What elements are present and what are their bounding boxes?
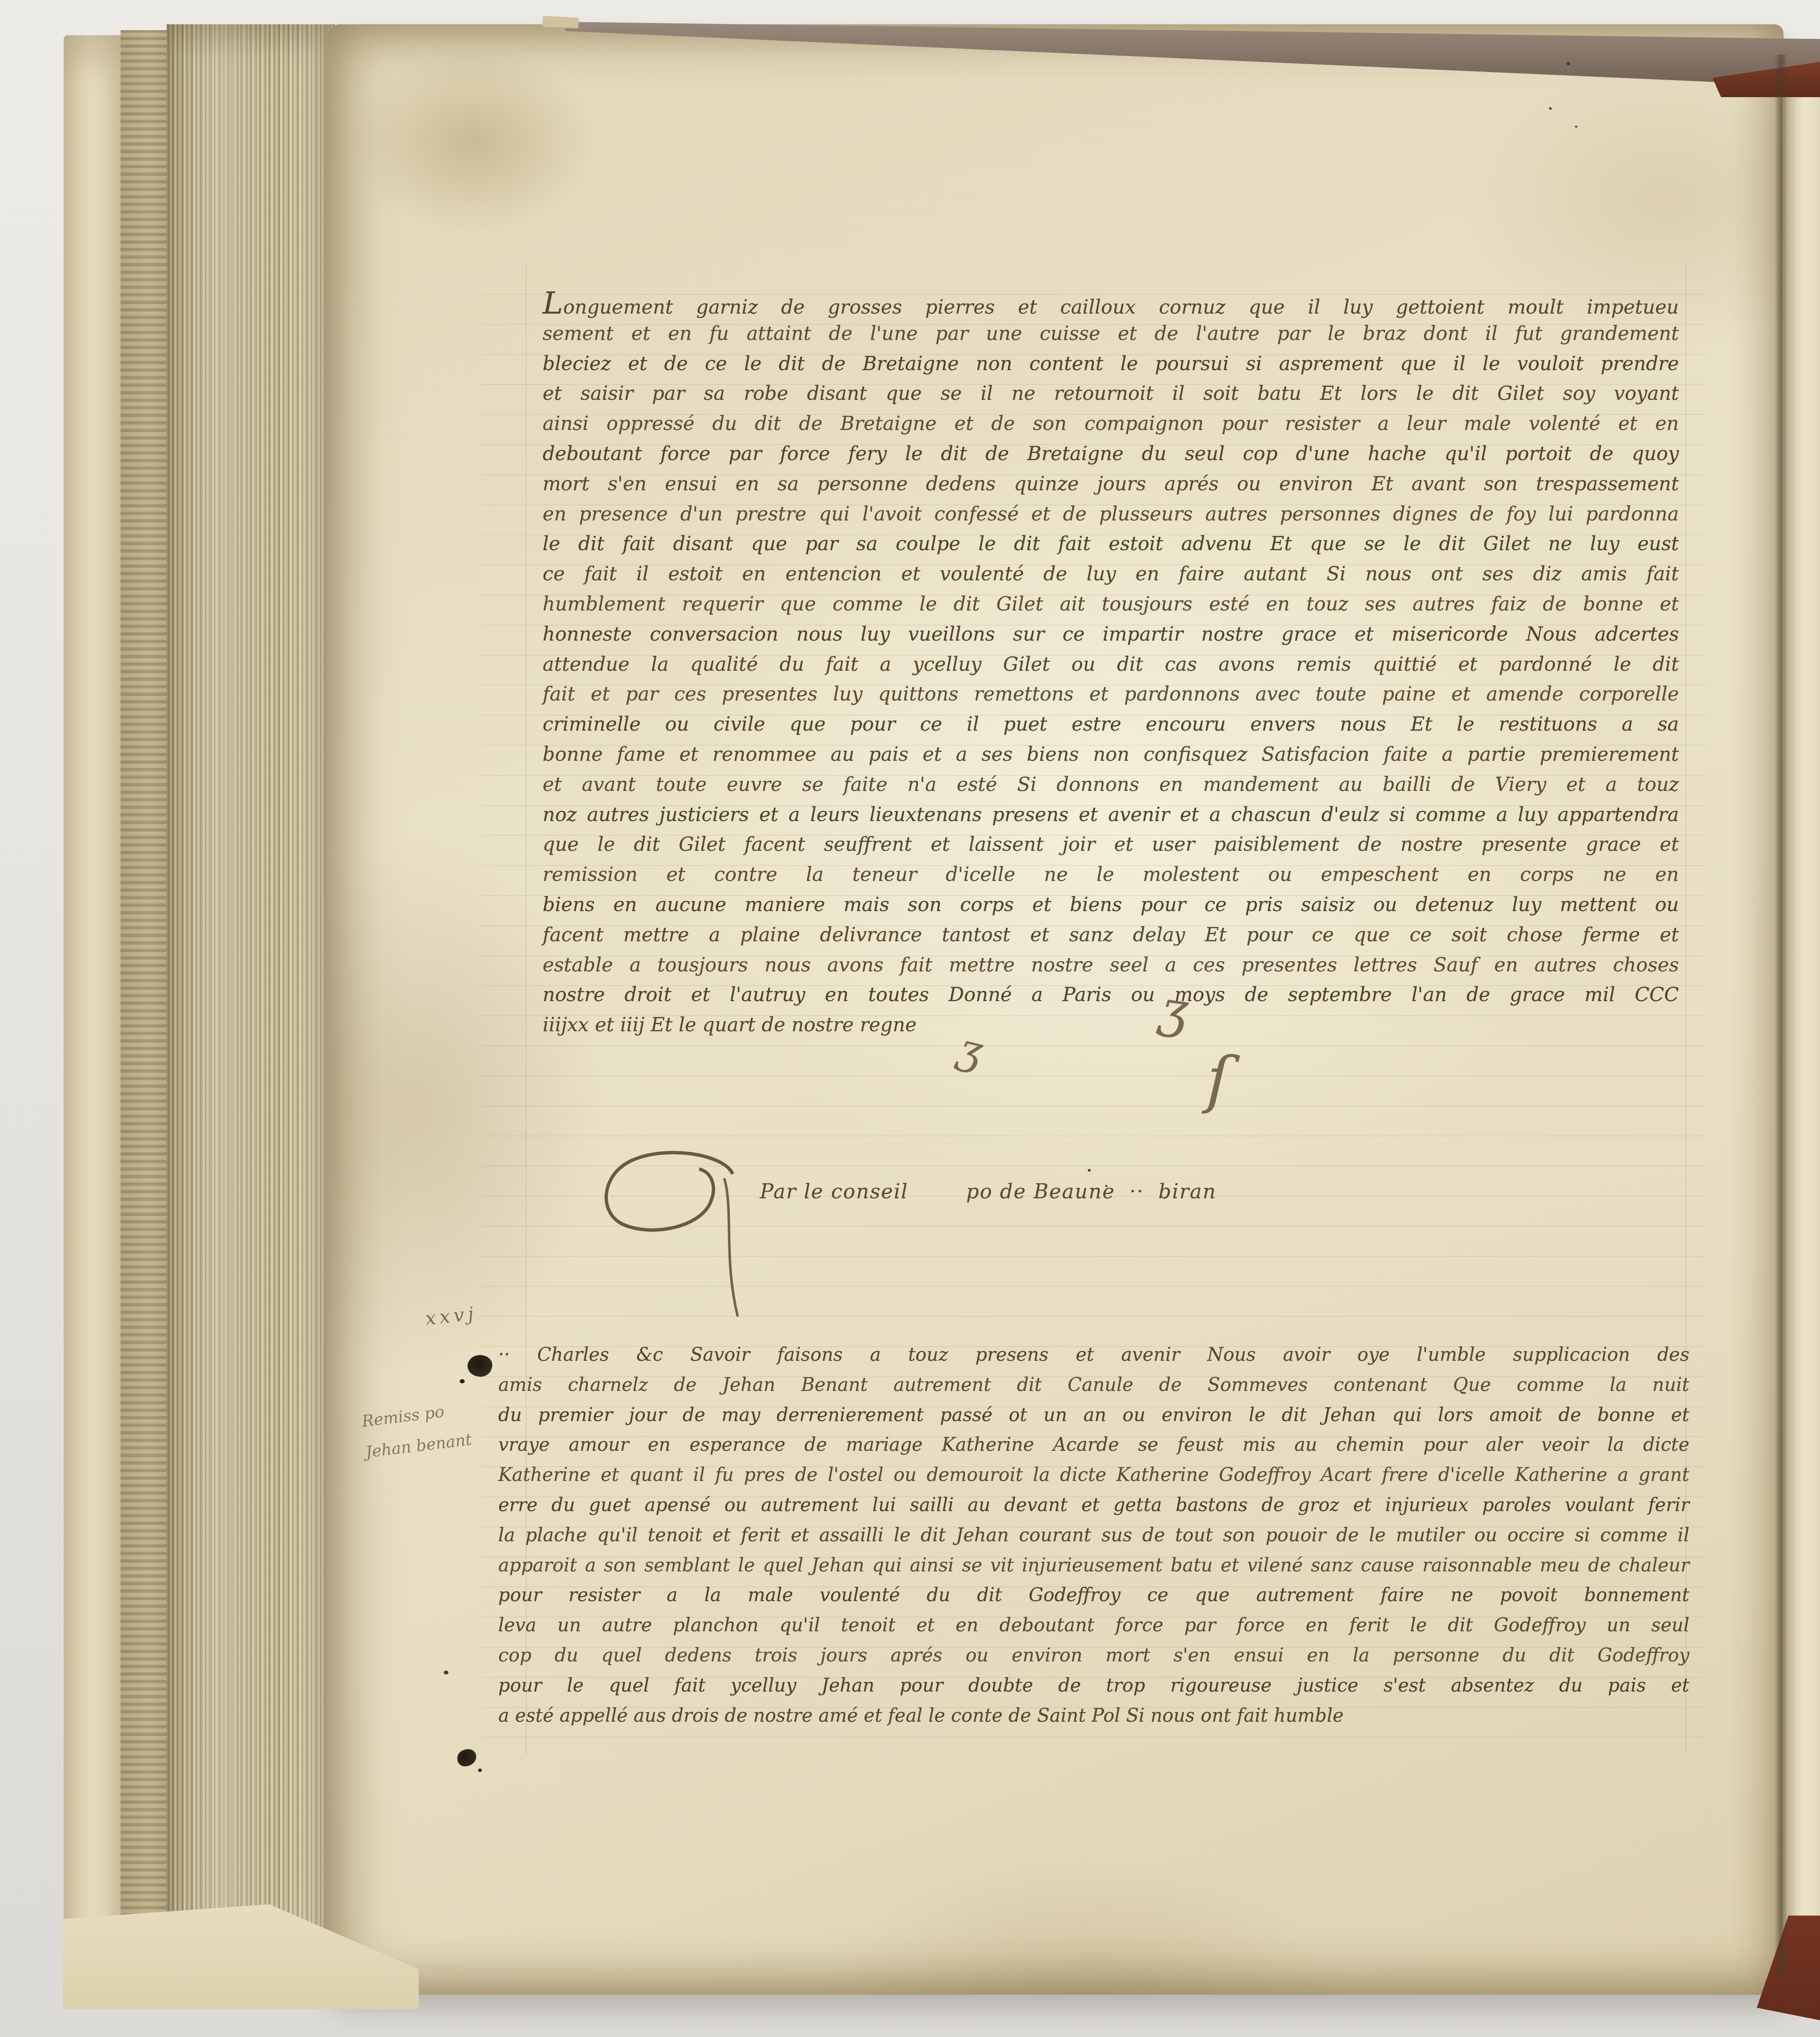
top-edge-notch — [542, 16, 579, 28]
manuscript-line: criminelle ou civile que pour ce il puet… — [543, 709, 1679, 739]
flyleaf-edge — [64, 35, 121, 1978]
manuscript-line: ainsi oppressé du dit de Bretaigne et de… — [543, 409, 1679, 439]
manuscript-line: iiijxx et iiij Et le quart de nostre reg… — [543, 1010, 1679, 1040]
manuscript-line: en presence d'un prestre qui l'avoit con… — [543, 499, 1679, 529]
margin-note: Remiss po Jehan benant — [360, 1393, 474, 1468]
manuscript-line: honneste conversacion nous luy vueillons… — [543, 619, 1679, 649]
ink-speck — [1575, 126, 1577, 128]
manuscript-line: Longuement garniz de grosses pierres et … — [543, 288, 1679, 319]
manuscript-line: que le dit Gilet facent seuffrent et lai… — [543, 829, 1679, 860]
manuscript-line: sement et en fu attaint de l'une par une… — [543, 319, 1679, 349]
manuscript-line: a esté appellé aus drois de nostre amé e… — [498, 1701, 1689, 1731]
manuscript-line: ·· Charles &c Savoir faisons a touz pres… — [498, 1340, 1689, 1370]
long-s-flourish-icon: ſ — [1205, 1043, 1231, 1117]
ink-speck — [1549, 107, 1552, 110]
letter-block-2: ·· Charles &c Savoir faisons a touz pres… — [498, 1340, 1689, 1731]
paraph-flourish-icon — [599, 1148, 745, 1320]
manuscript-line: cop du quel dedens trois jours aprés ou … — [498, 1640, 1689, 1671]
manuscript-line: amis charnelz de Jehan Benant autrement … — [498, 1370, 1689, 1400]
facing-page-sliver — [1784, 63, 1820, 1955]
manuscript-line: le dit fait disant que par sa coulpe le … — [543, 529, 1679, 559]
page-edges-stack — [167, 24, 335, 1992]
manuscript-line: bonne fame et renommee au pais et a ses … — [543, 739, 1679, 770]
manuscript-line: bleciez et de ce le dit de Bretaigne non… — [543, 349, 1679, 379]
manuscript-line: erre du guet apensé ou autrement lui sai… — [498, 1490, 1689, 1520]
letter-block-1: Longuement garniz de grosses pierres et … — [543, 288, 1679, 1040]
manuscript-line: estable a tousjours nous avons fait mett… — [543, 950, 1679, 980]
manuscript-line: attendue la qualité du fait a ycelluy Gi… — [543, 649, 1679, 680]
ink-speck — [1105, 1185, 1107, 1187]
manuscript-line: pour le quel fait ycelluy Jehan pour dou… — [498, 1671, 1689, 1701]
manuscript-line: leva un autre planchon qu'il tenoit et e… — [498, 1610, 1689, 1640]
manuscript-line: nostre droit et l'autruy en toutes Donné… — [543, 980, 1679, 1010]
ink-speck — [1088, 1169, 1091, 1172]
manuscript-line: biens en aucune maniere mais son corps e… — [543, 890, 1679, 920]
ink-speck — [444, 1671, 448, 1674]
manuscript-line: la plache qu'il tenoit et ferit et assai… — [498, 1520, 1689, 1550]
manuscript-line: remission et contre la teneur d'icelle n… — [543, 860, 1679, 890]
manuscript-line: fait et par ces presentes luy quittons r… — [543, 679, 1679, 709]
manuscript-line: pour resister a la male voulenté du dit … — [498, 1580, 1689, 1610]
photo-backdrop: { "photo": { "subject": "Open medieval c… — [0, 0, 1820, 2037]
manuscript-line: du premier jour de may derrenierement pa… — [498, 1400, 1689, 1430]
manuscript-line: et saisir par sa robe disant que se il n… — [543, 379, 1679, 409]
manuscript-line: vraye amour en esperance de mariage Kath… — [498, 1430, 1689, 1460]
board-edge — [121, 30, 167, 1985]
manuscript-line: apparoit a son semblant le quel Jehan qu… — [498, 1550, 1689, 1581]
ink-speck — [460, 1379, 465, 1383]
manuscript-line: ce fait il estoit en entencion et voulen… — [543, 559, 1679, 589]
ink-speck — [478, 1769, 482, 1772]
manuscript-line: deboutant force par force fery le dit de… — [543, 439, 1679, 469]
manuscript-line: noz autres justiciers et a leurs lieuxte… — [543, 800, 1679, 830]
manuscript-line: mort s'en ensui en sa personne dedens qu… — [543, 469, 1679, 499]
gutter-crease — [1774, 54, 1786, 1976]
manuscript-line: Katherine et quant il fu pres de l'ostel… — [498, 1460, 1689, 1490]
manuscript-line: humblement requerir que comme le dit Gil… — [543, 589, 1679, 619]
manuscript-line: facent mettre a plaine delivrance tantos… — [543, 920, 1679, 950]
chancery-note: Par le conseil po de Beaune ·· biran — [760, 1180, 1216, 1203]
ink-speck — [1567, 62, 1570, 65]
manuscript-line: et avant toute euvre se faite n'a esté S… — [543, 770, 1679, 800]
